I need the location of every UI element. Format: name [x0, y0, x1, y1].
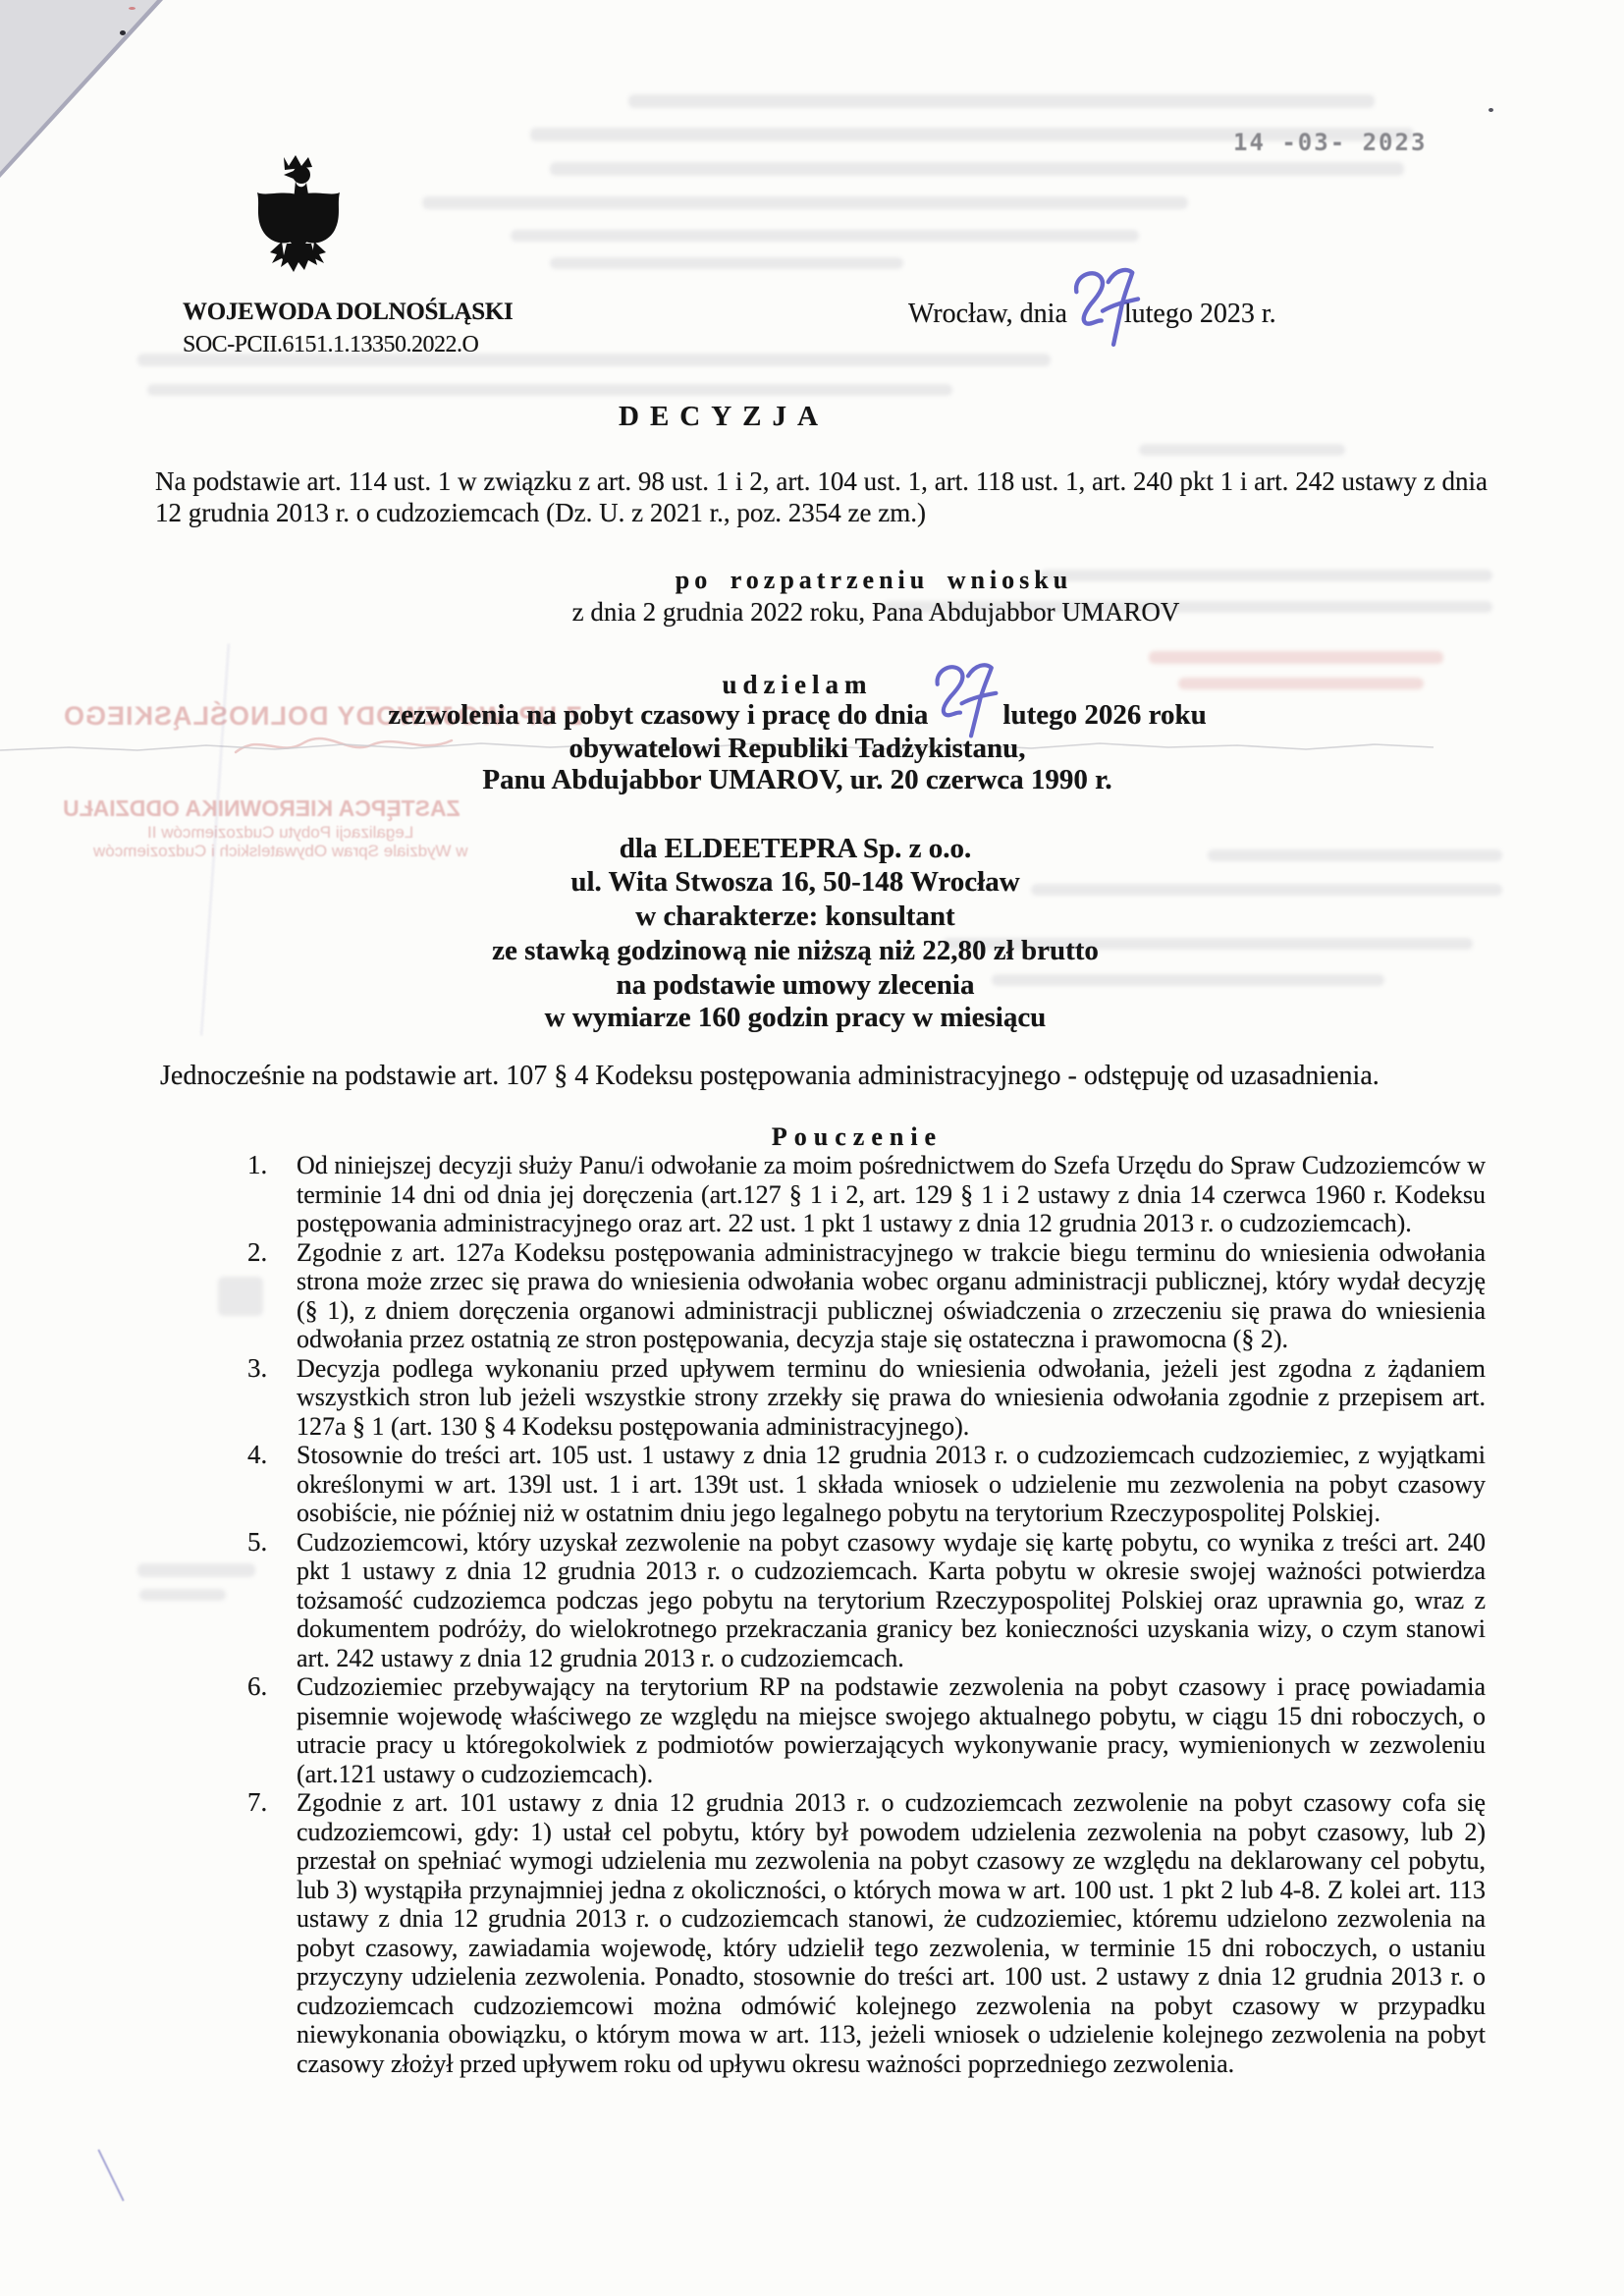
bleedthrough-smudge	[139, 1589, 226, 1601]
grant-line1-suffix: lutego 2026 roku	[1002, 699, 1206, 731]
place-date-prefix: Wrocław, dnia	[908, 299, 1067, 329]
item-number: 1.	[247, 1151, 297, 1180]
justification-waiver: Jednocześnie na podstawie art. 107 § 4 K…	[160, 1061, 1495, 1092]
instructions-heading: Pouczenie	[45, 1122, 1624, 1152]
item-text: Zgodnie z art. 127a Kodeksu postępowania…	[297, 1238, 1486, 1354]
after-review-heading: po rozpatrzeniu wniosku	[62, 566, 1624, 595]
dust-speck	[1489, 108, 1493, 112]
employment-line-hours: w wymiarze 160 godzin pracy w miesiącu	[0, 1002, 1607, 1034]
item-number: 7.	[247, 1788, 297, 1818]
bleedthrough-smudge	[1139, 444, 1345, 456]
item-text: Zgodnie z art. 101 ustawy z dnia 12 grud…	[297, 1788, 1486, 2078]
item-text: Cudzoziemiec przebywający na terytorium …	[297, 1672, 1486, 1788]
employment-line-wage: ze stawką godzinową nie niższą niż 22,80…	[0, 935, 1607, 967]
employment-line-employer: dla ELDEETEPRA Sp. z o.o.	[0, 833, 1607, 865]
handwritten-day-grant-ink: 27	[921, 654, 1010, 743]
grant-line1-prefix: zezwolenia na pobyt czasowy i pracę do d…	[388, 699, 928, 731]
application-line: z dnia 2 grudnia 2022 roku, Pana Abdujab…	[64, 597, 1624, 628]
grant-line-2: obywatelowi Republiki Tadżykistanu,	[0, 733, 1609, 765]
item-text: Cudzoziemcowi, który uzyskał zezwolenie …	[297, 1528, 1486, 1673]
ink-speck	[120, 30, 126, 35]
item-number: 2.	[247, 1238, 297, 1268]
grant-heading: udzielam	[0, 670, 1609, 700]
instruction-item: 7. Zgodnie z art. 101 ustawy z dnia 12 g…	[247, 1788, 1487, 2078]
bleedthrough-smudge	[147, 384, 952, 396]
item-number: 3.	[247, 1354, 297, 1384]
date-received-stamp: 14 -03- 2023	[1233, 129, 1427, 156]
item-text: Decyzja podlega wykonaniu przed upływem …	[297, 1354, 1486, 1442]
bleedthrough-smudge-pink	[1149, 651, 1443, 664]
item-text: Stosownie do treści art. 105 ust. 1 usta…	[297, 1441, 1486, 1528]
employment-line-address: ul. Wita Stwosza 16, 50-148 Wrocław	[0, 866, 1607, 899]
bleedthrough-smudge	[422, 196, 1188, 209]
bleedthrough-stamp-line: ZASTĘPCA KIEROWNIKA ODDZIAŁU	[63, 795, 460, 822]
bleedthrough-smudge	[511, 230, 1139, 242]
scanned-decision-page: Z UP. WOJEWODY DOLNOŚLĄSKIEGO ZASTĘPCA K…	[0, 0, 1624, 2296]
blue-pen-scratch	[97, 2149, 124, 2201]
instruction-item: 4. Stosownie do treści art. 105 ust. 1 u…	[247, 1441, 1487, 1528]
employment-line-position: w charakterze: konsultant	[0, 901, 1607, 933]
case-number: SOC-PCII.6151.1.13350.2022.O	[183, 332, 478, 358]
bleedthrough-smudge	[550, 257, 903, 269]
polish-eagle-emblem	[251, 145, 344, 277]
instruction-item: 5. Cudzoziemcowi, który uzyskał zezwolen…	[247, 1528, 1487, 1673]
bleedthrough-smudge	[550, 162, 1404, 176]
handwritten-day-header-ink: 27	[1057, 258, 1157, 355]
red-speck	[129, 7, 135, 10]
legal-basis-paragraph: Na podstawie art. 114 ust. 1 w związku z…	[155, 465, 1488, 528]
item-number: 5.	[247, 1528, 297, 1558]
bleedthrough-smudge	[628, 94, 1375, 108]
grant-line-1: zezwolenia na pobyt czasowy i pracę do d…	[0, 699, 1609, 732]
instruction-item: 3. Decyzja podlega wykonaniu przed upływ…	[247, 1354, 1487, 1442]
instructions-list: 1. Od niniejszej decyzji służy Panu/i od…	[247, 1151, 1487, 2078]
bleedthrough-smudge	[137, 1563, 255, 1577]
page-corner-fold	[0, 0, 157, 172]
instruction-item: 1. Od niniejszej decyzji służy Panu/i od…	[247, 1151, 1487, 1238]
item-number: 6.	[247, 1672, 297, 1702]
issuer-name: WOJEWODA DOLNOŚLĄSKI	[183, 299, 513, 326]
instruction-item: 6. Cudzoziemiec przebywający na terytori…	[247, 1672, 1487, 1788]
document-title: DECYZJA	[0, 401, 1536, 433]
grant-line-3: Panu Abdujabbor UMAROV, ur. 20 czerwca 1…	[0, 764, 1609, 796]
instruction-item: 2. Zgodnie z art. 127a Kodeksu postępowa…	[247, 1238, 1487, 1354]
item-number: 4.	[247, 1441, 297, 1470]
employment-line-contract: na podstawie umowy zlecenia	[0, 969, 1607, 1002]
item-text: Od niniejszej decyzji służy Panu/i odwoł…	[297, 1151, 1486, 1238]
